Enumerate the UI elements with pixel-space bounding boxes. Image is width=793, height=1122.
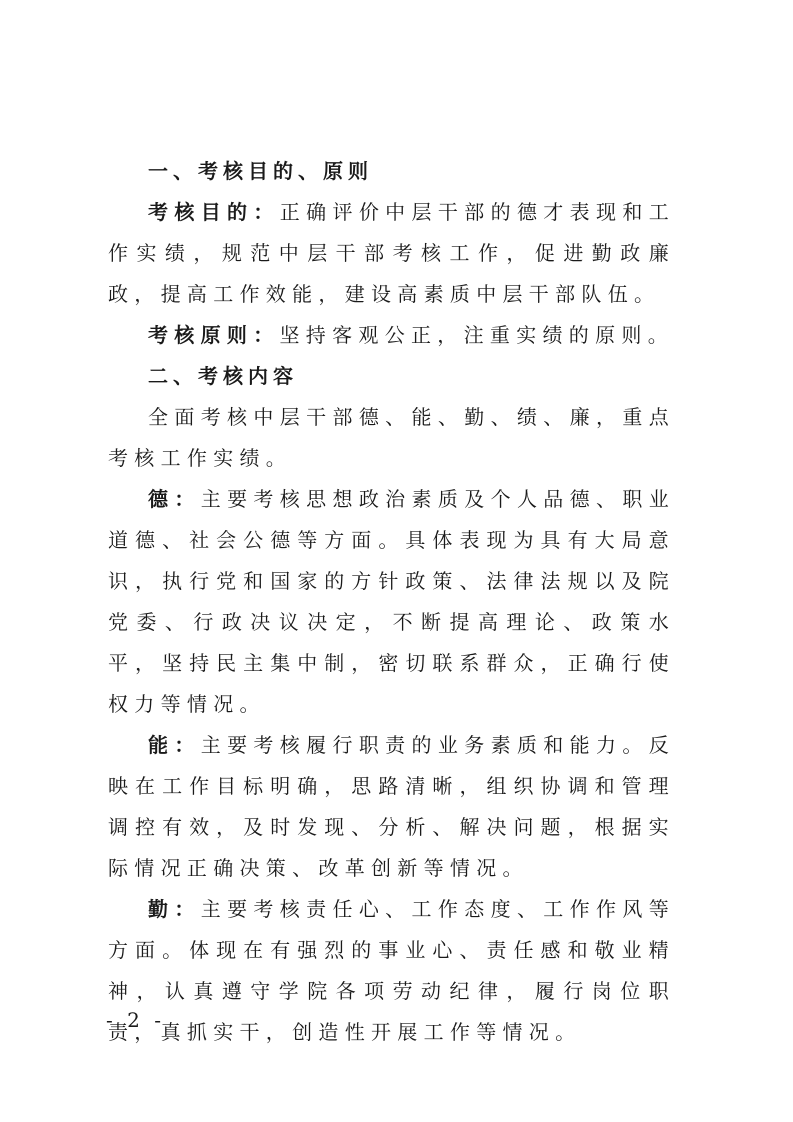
page-number: - 2 - xyxy=(106,1008,165,1032)
paragraph-overview: 全面考核中层干部德、能、勤、绩、廉，重点考核工作实绩。 xyxy=(108,397,675,479)
document-body: 一、考核目的、原则 考核目的：正确评价中层干部的德才表现和工作实绩，规范中层干部… xyxy=(108,151,675,1053)
paragraph-text: 坚持客观公正，注重实绩的原则。 xyxy=(280,323,675,347)
paragraph-purpose: 考核目的：正确评价中层干部的德才表现和工作实绩，规范中层干部考核工作，促进勤政廉… xyxy=(108,192,675,315)
paragraph-lead: 勤： xyxy=(148,897,201,921)
paragraph-lead: 德： xyxy=(148,487,201,511)
paragraph-lead: 考核目的： xyxy=(148,200,280,224)
paragraph-de: 德：主要考核思想政治素质及个人品德、职业道德、社会公德等方面。具体表现为具有大局… xyxy=(108,479,675,725)
paragraph-qin: 勤：主要考核责任心、工作态度、工作作风等方面。体现在有强烈的事业心、责任感和敬业… xyxy=(108,889,675,1053)
paragraph-lead: 能： xyxy=(148,733,201,757)
section-heading-2: 二、考核内容 xyxy=(108,356,675,397)
paragraph-neng: 能：主要考核履行职责的业务素质和能力。反映在工作目标明确，思路清晰，组织协调和管… xyxy=(108,725,675,889)
paragraph-lead: 考核原则： xyxy=(148,323,280,347)
section-heading-1: 一、考核目的、原则 xyxy=(108,151,675,192)
paragraph-text: 全面考核中层干部德、能、勤、绩、廉，重点考核工作实绩。 xyxy=(108,405,675,470)
paragraph-text: 主要考核思想政治素质及个人品德、职业道德、社会公德等方面。具体表现为具有大局意识… xyxy=(108,487,675,716)
paragraph-principle: 考核原则：坚持客观公正，注重实绩的原则。 xyxy=(108,315,675,356)
